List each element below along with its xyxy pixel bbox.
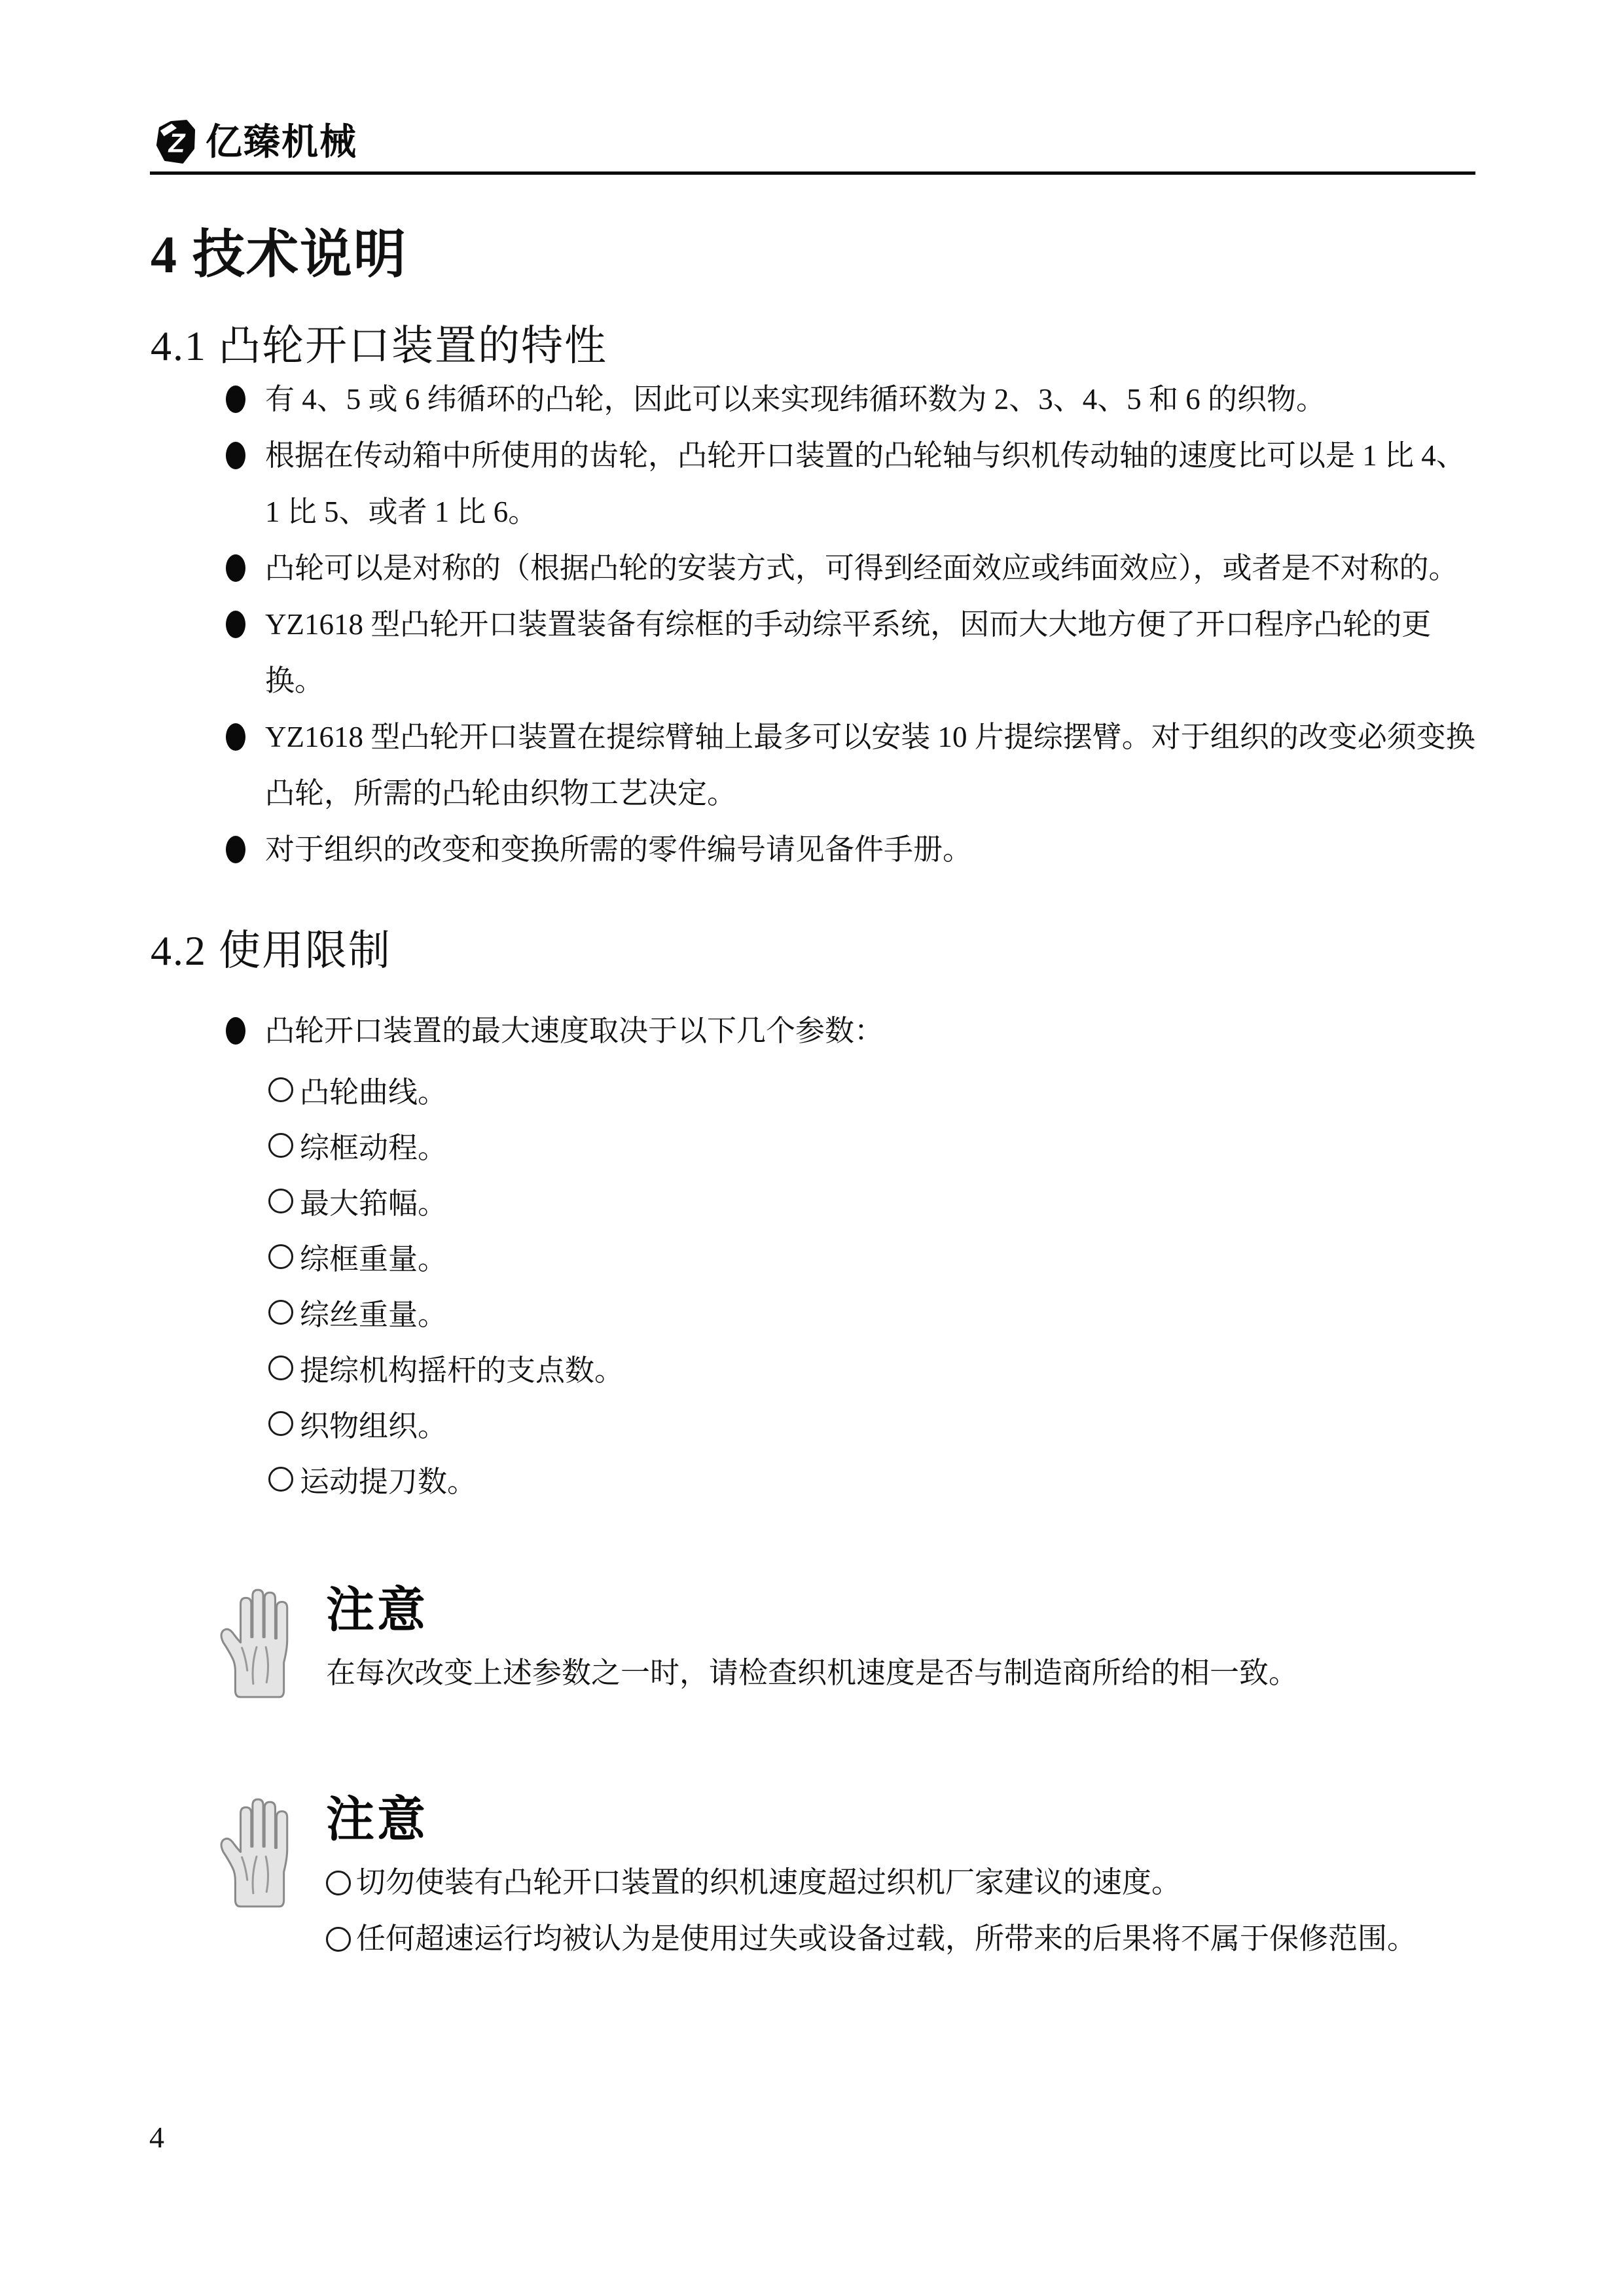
- open-circle-bullet-icon: [268, 1300, 293, 1325]
- list-item: 根据在传动箱中所使用的齿轮，凸轮开口装置的凸轮轴与织机传动轴的速度比可以是 1 …: [226, 427, 1479, 540]
- parameter-text: 提综机构摇杆的支点数。: [300, 1346, 624, 1389]
- filled-circle-bullet-icon: [226, 611, 245, 638]
- parameter-item: 提综机构摇杆的支点数。: [268, 1340, 624, 1395]
- filled-circle-bullet-icon: [226, 554, 245, 582]
- notice-title: 注意: [326, 1581, 1481, 1640]
- stop-hand-icon: [218, 1584, 298, 1704]
- open-circle-bullet-icon: [326, 1927, 351, 1952]
- list-item: YZ1618 型凸轮开口装置装备有综框的手动综平系统，因而大大地方便了开口程序凸…: [226, 596, 1479, 709]
- notice-block: 注意 在每次改变上述参数之一时，请检查织机速度是否与制造商所给的相一致。: [218, 1581, 1481, 1701]
- list-item-text: 根据在传动箱中所使用的齿轮，凸轮开口装置的凸轮轴与织机传动轴的速度比可以是 1 …: [265, 427, 1476, 540]
- notice-body: 注意 在每次改变上述参数之一时，请检查织机速度是否与制造商所给的相一致。: [326, 1581, 1481, 1701]
- section-4-2-heading: 4.2 使用限制: [151, 928, 391, 974]
- parameter-item: 综框重量。: [268, 1229, 624, 1284]
- filled-circle-bullet-icon: [226, 442, 245, 469]
- notice-item: 切勿使装有凸轮开口装置的织机速度超过织机厂家建议的速度。: [326, 1854, 1481, 1910]
- open-circle-bullet-icon: [268, 1355, 293, 1380]
- header-rule: [150, 171, 1475, 175]
- list-item-text: 有 4、5 或 6 纬循环的凸轮，因此可以来实现纬循环数为 2、3、4、5 和 …: [265, 371, 1476, 427]
- open-circle-bullet-icon: [268, 1133, 293, 1158]
- notice-item: 任何超速运行均被认为是使用过失或设备过载，所带来的后果将不属于保修范围。: [326, 1910, 1481, 1967]
- parameter-text: 综框重量。: [300, 1235, 447, 1278]
- feature-list: 有 4、5 或 6 纬循环的凸轮，因此可以来实现纬循环数为 2、3、4、5 和 …: [226, 371, 1479, 878]
- filled-circle-bullet-icon: [226, 723, 245, 751]
- brand-logo-icon: Z: [156, 120, 196, 164]
- notice-title: 注意: [326, 1790, 1481, 1849]
- notice-body: 注意 切勿使装有凸轮开口装置的织机速度超过织机厂家建议的速度。 任何超速运行均被…: [326, 1790, 1481, 1967]
- list-item: 凸轮开口装置的最大速度取决于以下几个参数：: [226, 1003, 1479, 1059]
- list-item: YZ1618 型凸轮开口装置在提综臂轴上最多可以安装 10 片提综摆臂。对于组织…: [226, 709, 1479, 821]
- filled-circle-bullet-icon: [226, 836, 245, 863]
- parameter-item: 凸轮曲线。: [268, 1062, 624, 1117]
- list-item-text: 对于组织的改变和变换所需的零件编号请见备件手册。: [265, 821, 1476, 878]
- brand-name: 亿臻机械: [206, 119, 357, 165]
- parameter-item: 综框动程。: [268, 1117, 624, 1173]
- parameter-text: 凸轮曲线。: [300, 1068, 447, 1111]
- parameter-text: 综丝重量。: [300, 1291, 447, 1333]
- limits-list: 凸轮开口装置的最大速度取决于以下几个参数：: [226, 1003, 1479, 1059]
- open-circle-bullet-icon: [268, 1467, 293, 1492]
- filled-circle-bullet-icon: [226, 386, 245, 413]
- parameter-list: 凸轮曲线。 综框动程。 最大筘幅。 综框重量。 综丝重量。 提综机构摇杆的支点数…: [268, 1062, 624, 1507]
- parameter-item: 综丝重量。: [268, 1284, 624, 1340]
- notice-text: 在每次改变上述参数之一时，请检查织机速度是否与制造商所给的相一致。: [326, 1645, 1481, 1701]
- open-circle-bullet-icon: [326, 1871, 351, 1895]
- chapter-heading: 4 技术说明: [151, 228, 407, 283]
- open-circle-bullet-icon: [268, 1077, 293, 1102]
- parameter-text: 运动提刀数。: [300, 1458, 477, 1500]
- open-circle-bullet-icon: [268, 1411, 293, 1436]
- list-item: 凸轮可以是对称的（根据凸轮的安装方式，可得到经面效应或纬面效应），或者是不对称的…: [226, 540, 1479, 596]
- list-item-text: 凸轮开口装置的最大速度取决于以下几个参数：: [265, 1003, 1476, 1059]
- filled-circle-bullet-icon: [226, 1017, 245, 1045]
- section-4-1-heading: 4.1 凸轮开口装置的特性: [151, 323, 607, 369]
- parameter-text: 织物组织。: [300, 1402, 447, 1444]
- open-circle-bullet-icon: [268, 1189, 293, 1213]
- parameter-item: 运动提刀数。: [268, 1451, 624, 1507]
- parameter-item: 最大筘幅。: [268, 1173, 624, 1229]
- list-item: 有 4、5 或 6 纬循环的凸轮，因此可以来实现纬循环数为 2、3、4、5 和 …: [226, 371, 1479, 427]
- list-item: 对于组织的改变和变换所需的零件编号请见备件手册。: [226, 821, 1479, 878]
- list-item-text: YZ1618 型凸轮开口装置在提综臂轴上最多可以安装 10 片提综摆臂。对于组织…: [265, 709, 1476, 821]
- stop-hand-icon: [218, 1793, 298, 1913]
- notice-item-text: 任何超速运行均被认为是使用过失或设备过载，所带来的后果将不属于保修范围。: [356, 1910, 1416, 1967]
- notice-block: 注意 切勿使装有凸轮开口装置的织机速度超过织机厂家建议的速度。 任何超速运行均被…: [218, 1790, 1481, 1967]
- open-circle-bullet-icon: [268, 1244, 293, 1269]
- parameter-text: 最大筘幅。: [300, 1179, 447, 1222]
- svg-text:Z: Z: [168, 128, 187, 158]
- parameter-text: 综框动程。: [300, 1124, 447, 1166]
- parameter-item: 织物组织。: [268, 1395, 624, 1451]
- page-number: 4: [149, 2121, 164, 2155]
- notice-item-text: 切勿使装有凸轮开口装置的织机速度超过织机厂家建议的速度。: [356, 1854, 1181, 1910]
- header-brand: Z 亿臻机械: [156, 119, 357, 165]
- list-item-text: 凸轮可以是对称的（根据凸轮的安装方式，可得到经面效应或纬面效应），或者是不对称的…: [265, 540, 1476, 596]
- document-page: Z 亿臻机械 4 技术说明 4.1 凸轮开口装置的特性 有 4、5 或 6 纬循…: [0, 0, 1624, 2296]
- list-item-text: YZ1618 型凸轮开口装置装备有综框的手动综平系统，因而大大地方便了开口程序凸…: [265, 596, 1476, 709]
